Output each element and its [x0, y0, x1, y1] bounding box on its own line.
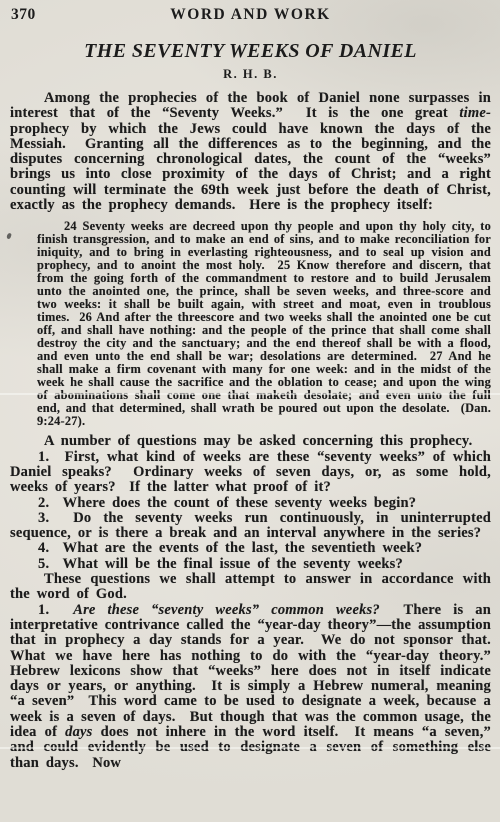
article-title: THE SEVENTY WEEKS OF DANIEL — [10, 40, 491, 63]
answer1-number: 1. — [38, 602, 73, 618]
running-head: 370WORD AND WORK — [10, 6, 491, 26]
intro-paragraph: Among the prophecies of the book of Dani… — [10, 91, 491, 213]
article-byline: R. H. B. — [10, 67, 491, 82]
scan-artifact-speck — [6, 233, 12, 240]
answer1-text-1: There is an interpretative contrivance c… — [10, 602, 500, 740]
intro-emphasis-time: time- — [459, 105, 491, 121]
journal-masthead: WORD AND WORK — [10, 6, 491, 24]
intro-text-2: prophecy by which the Jews could have kn… — [10, 121, 498, 213]
question-item-4: 4. What are the events of the last, the … — [10, 541, 491, 556]
scripture-quote: 24 Seventy weeks are decreed upon thy pe… — [37, 220, 491, 428]
intro-text-1: Among the prophecies of the book of Dani… — [10, 90, 498, 121]
question-item-2: 2. Where does the count of these seventy… — [10, 496, 491, 511]
scanned-document-page: 370WORD AND WORK THE SEVENTY WEEKS OF DA… — [0, 0, 500, 822]
questions-intro-paragraph: A number of questions may be asked conce… — [10, 434, 491, 449]
answer-paragraph-1: 1. Are these “seventy weeks” common week… — [10, 603, 491, 771]
answers-intro-paragraph: These questions we shall attempt to answ… — [10, 572, 491, 603]
answer1-emphasis-days: days — [65, 724, 92, 740]
question-item-1: 1. First, what kind of weeks are these “… — [10, 450, 491, 496]
question-item-5: 5. What will be the final issue of the s… — [10, 557, 491, 572]
question-item-3: 3. Do the seventy weeks run continuously… — [10, 511, 491, 542]
answer1-question-emphasis: Are these “seventy weeks” common weeks? — [73, 602, 380, 618]
